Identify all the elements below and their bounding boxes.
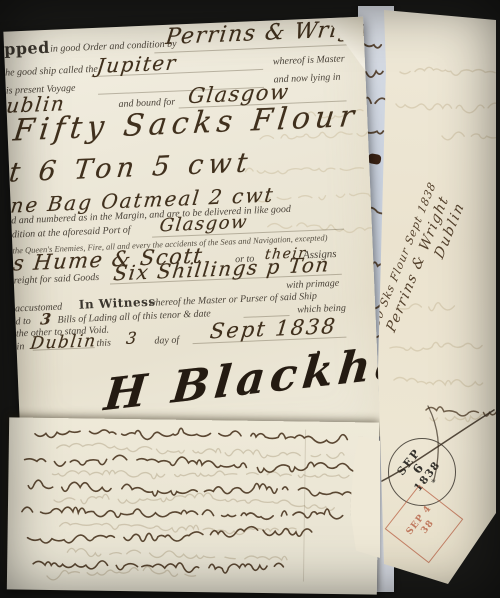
printed-accustomed: accustomed [15, 302, 63, 315]
shipped-word-fragment: pped [4, 38, 51, 59]
delivery-port: Glasgow [158, 212, 249, 237]
folded-letter-packet: 50 Sks Flour Sept 1838 Perrins & Wright … [370, 8, 496, 590]
photo-scene: pped in good Order and condition by Perr… [0, 0, 500, 598]
reverse-handwriting [7, 417, 379, 594]
postmark-star: * [431, 478, 441, 487]
printed-dated-this: this [96, 337, 111, 349]
printed-day-of: day of [154, 335, 179, 347]
printed-dated-in: in [16, 341, 24, 352]
ink-blot [367, 153, 381, 165]
bills-count: 3 [39, 310, 53, 329]
printed-primage: with primage [286, 278, 339, 291]
overturned-letter-page [7, 417, 379, 594]
ink-speck [324, 365, 326, 367]
ship-name: Jupiter [95, 50, 178, 77]
dated-day: 3 [125, 328, 139, 348]
bill-of-lading: pped in good Order and condition by Perr… [3, 17, 380, 452]
printed-bound-to: d to [15, 316, 31, 328]
dated-city: Dublin [29, 331, 98, 354]
